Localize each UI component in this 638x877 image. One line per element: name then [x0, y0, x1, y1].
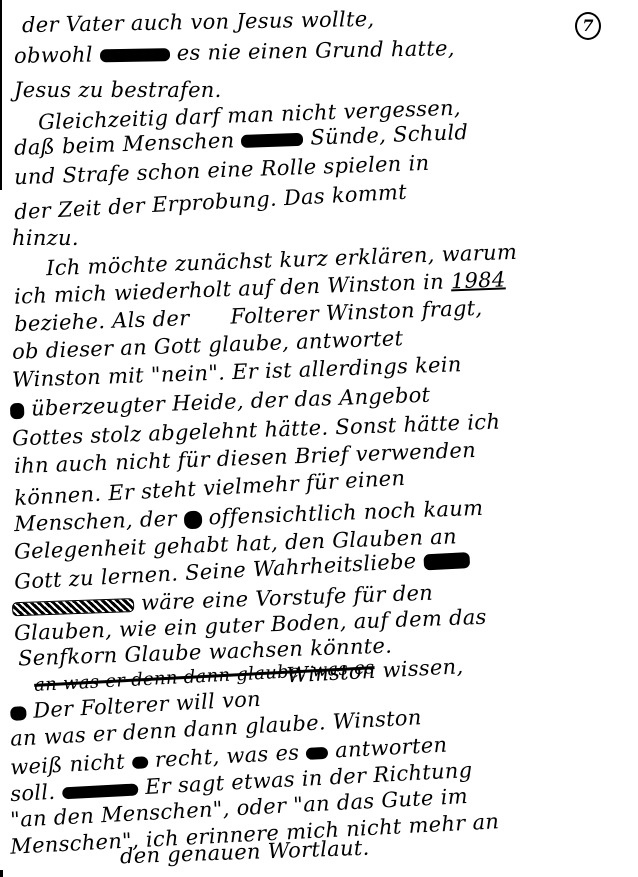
redaction-mark — [306, 746, 329, 759]
text-line: der Zeit der Erprobung. Das kommt — [14, 182, 408, 224]
text-line: obwohl es nie einen Grund hatte, — [14, 38, 455, 67]
line-text: hinzu. — [12, 226, 79, 250]
line-text: der Vater auch von Jesus wollte, — [22, 7, 375, 37]
line-text: weiß nicht — [10, 749, 126, 779]
redaction-mark — [10, 402, 25, 418]
text-line: Jesus zu bestrafen. — [14, 80, 222, 101]
page-number: 7 — [575, 12, 601, 40]
redaction-mark — [62, 783, 139, 799]
line-text: Jesus zu bestrafen. — [14, 78, 222, 102]
text-line: den genauen Wortlaut. — [120, 838, 370, 868]
line-text: antworten — [335, 733, 448, 763]
line-text: obwohl — [14, 42, 93, 67]
line-text: es nie einen Grund hatte, — [177, 36, 455, 65]
line-text: Menschen, der — [14, 507, 177, 537]
redaction-mark — [423, 552, 470, 570]
line-text: Folterer Winston fragt, — [230, 298, 483, 328]
text-line: der Vater auch von Jesus wollte, — [22, 9, 375, 36]
redaction-mark — [241, 133, 303, 148]
redaction-mark — [132, 756, 149, 769]
line-text: Sünde, Schuld — [310, 120, 469, 149]
line-text: soll. — [10, 780, 56, 806]
scan-edge-line — [0, 0, 2, 190]
line-text: beziehe. Als der — [14, 306, 190, 336]
text-line: hinzu. — [12, 228, 79, 249]
underlined-year: 1984 — [450, 267, 505, 293]
scan-edge-mark — [0, 870, 3, 877]
crossed-out-word — [12, 598, 134, 616]
redaction-mark — [183, 510, 202, 529]
redaction-mark — [100, 48, 170, 62]
redaction-mark — [10, 706, 27, 721]
